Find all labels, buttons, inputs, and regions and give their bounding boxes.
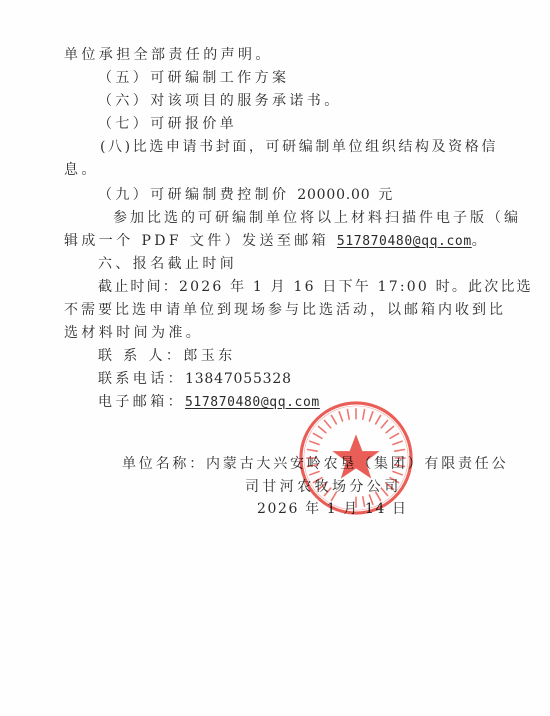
list-item-5: （五）可研编制工作方案 (98, 69, 289, 87)
deadline-line-3: 选材料时间为准。 (64, 324, 203, 342)
list-item-6: （六）对该项目的服务承诺书。 (98, 92, 342, 110)
list-item-9-text: （九）可研编制费控制价 (98, 187, 297, 203)
submission-email-link[interactable]: 517870480@qq.com (337, 234, 472, 249)
contact-person: 联 系 人：郎玉东 (98, 347, 236, 365)
signature-unit-label: 单位名称： (122, 456, 206, 472)
contact-email-link[interactable]: 517870480@qq.com (185, 395, 320, 410)
deadline-line-2: 不需要比选申请单位到现场参与比选活动，以邮箱内收到比 (64, 301, 506, 319)
sentence-end: 。 (472, 233, 489, 249)
submission-instruction-line-2: 辑成一个 PDF 文件）发送至邮箱 517870480@qq.com。 (64, 232, 489, 251)
section-heading-deadline: 六、报名截止时间 (98, 255, 237, 273)
submission-instruction-line-1: 参加比选的可研编制单位将以上材料扫描件电子版（编 (113, 209, 521, 227)
signature-unit-line-1: 单位名称：内蒙古大兴安岭农垦（集团）有限责任公 (122, 455, 508, 473)
list-item-7: （七）可研报价单 (98, 115, 237, 133)
contact-email: 电子邮箱：517870480@qq.com (98, 393, 320, 412)
contact-email-label: 电子邮箱： (98, 394, 185, 410)
list-item-8-continued: 息。 (64, 161, 99, 179)
list-item-9: （九）可研编制费控制价 20000.00 元 (98, 186, 396, 204)
contact-phone-label: 联系电话： (98, 371, 185, 387)
signature-unit-line-2: 司甘河农牧场分公司 (245, 478, 402, 496)
contact-phone: 联系电话：13847055328 (98, 370, 292, 388)
paragraph-line-statement: 单位承担全部责任的声明。 (64, 46, 273, 64)
control-price-amount: 20000.00 (297, 187, 370, 203)
deadline-line-1: 截止时间：2026 年 1 月 16 日下午 17:00 时。此次比选 (98, 278, 533, 296)
signature-date: 2026 年 1 月 14 日 (257, 500, 408, 518)
submission-instruction-text: 辑成一个 PDF 文件）发送至邮箱 (64, 233, 337, 249)
contact-person-label: 联 系 人： (98, 348, 183, 364)
list-item-8: (八)比选申请书封面，可研编制单位组织结构及资格信 (100, 138, 498, 156)
contact-phone-value: 13847055328 (185, 371, 292, 387)
signature-unit-name: 内蒙古大兴安岭农垦（集团）有限责任公 (206, 456, 508, 472)
document-page: 单位承担全部责任的声明。 （五）可研编制工作方案 （六）对该项目的服务承诺书。 … (0, 0, 550, 716)
currency-unit: 元 (370, 187, 395, 203)
contact-person-value: 郎玉东 (183, 348, 235, 364)
